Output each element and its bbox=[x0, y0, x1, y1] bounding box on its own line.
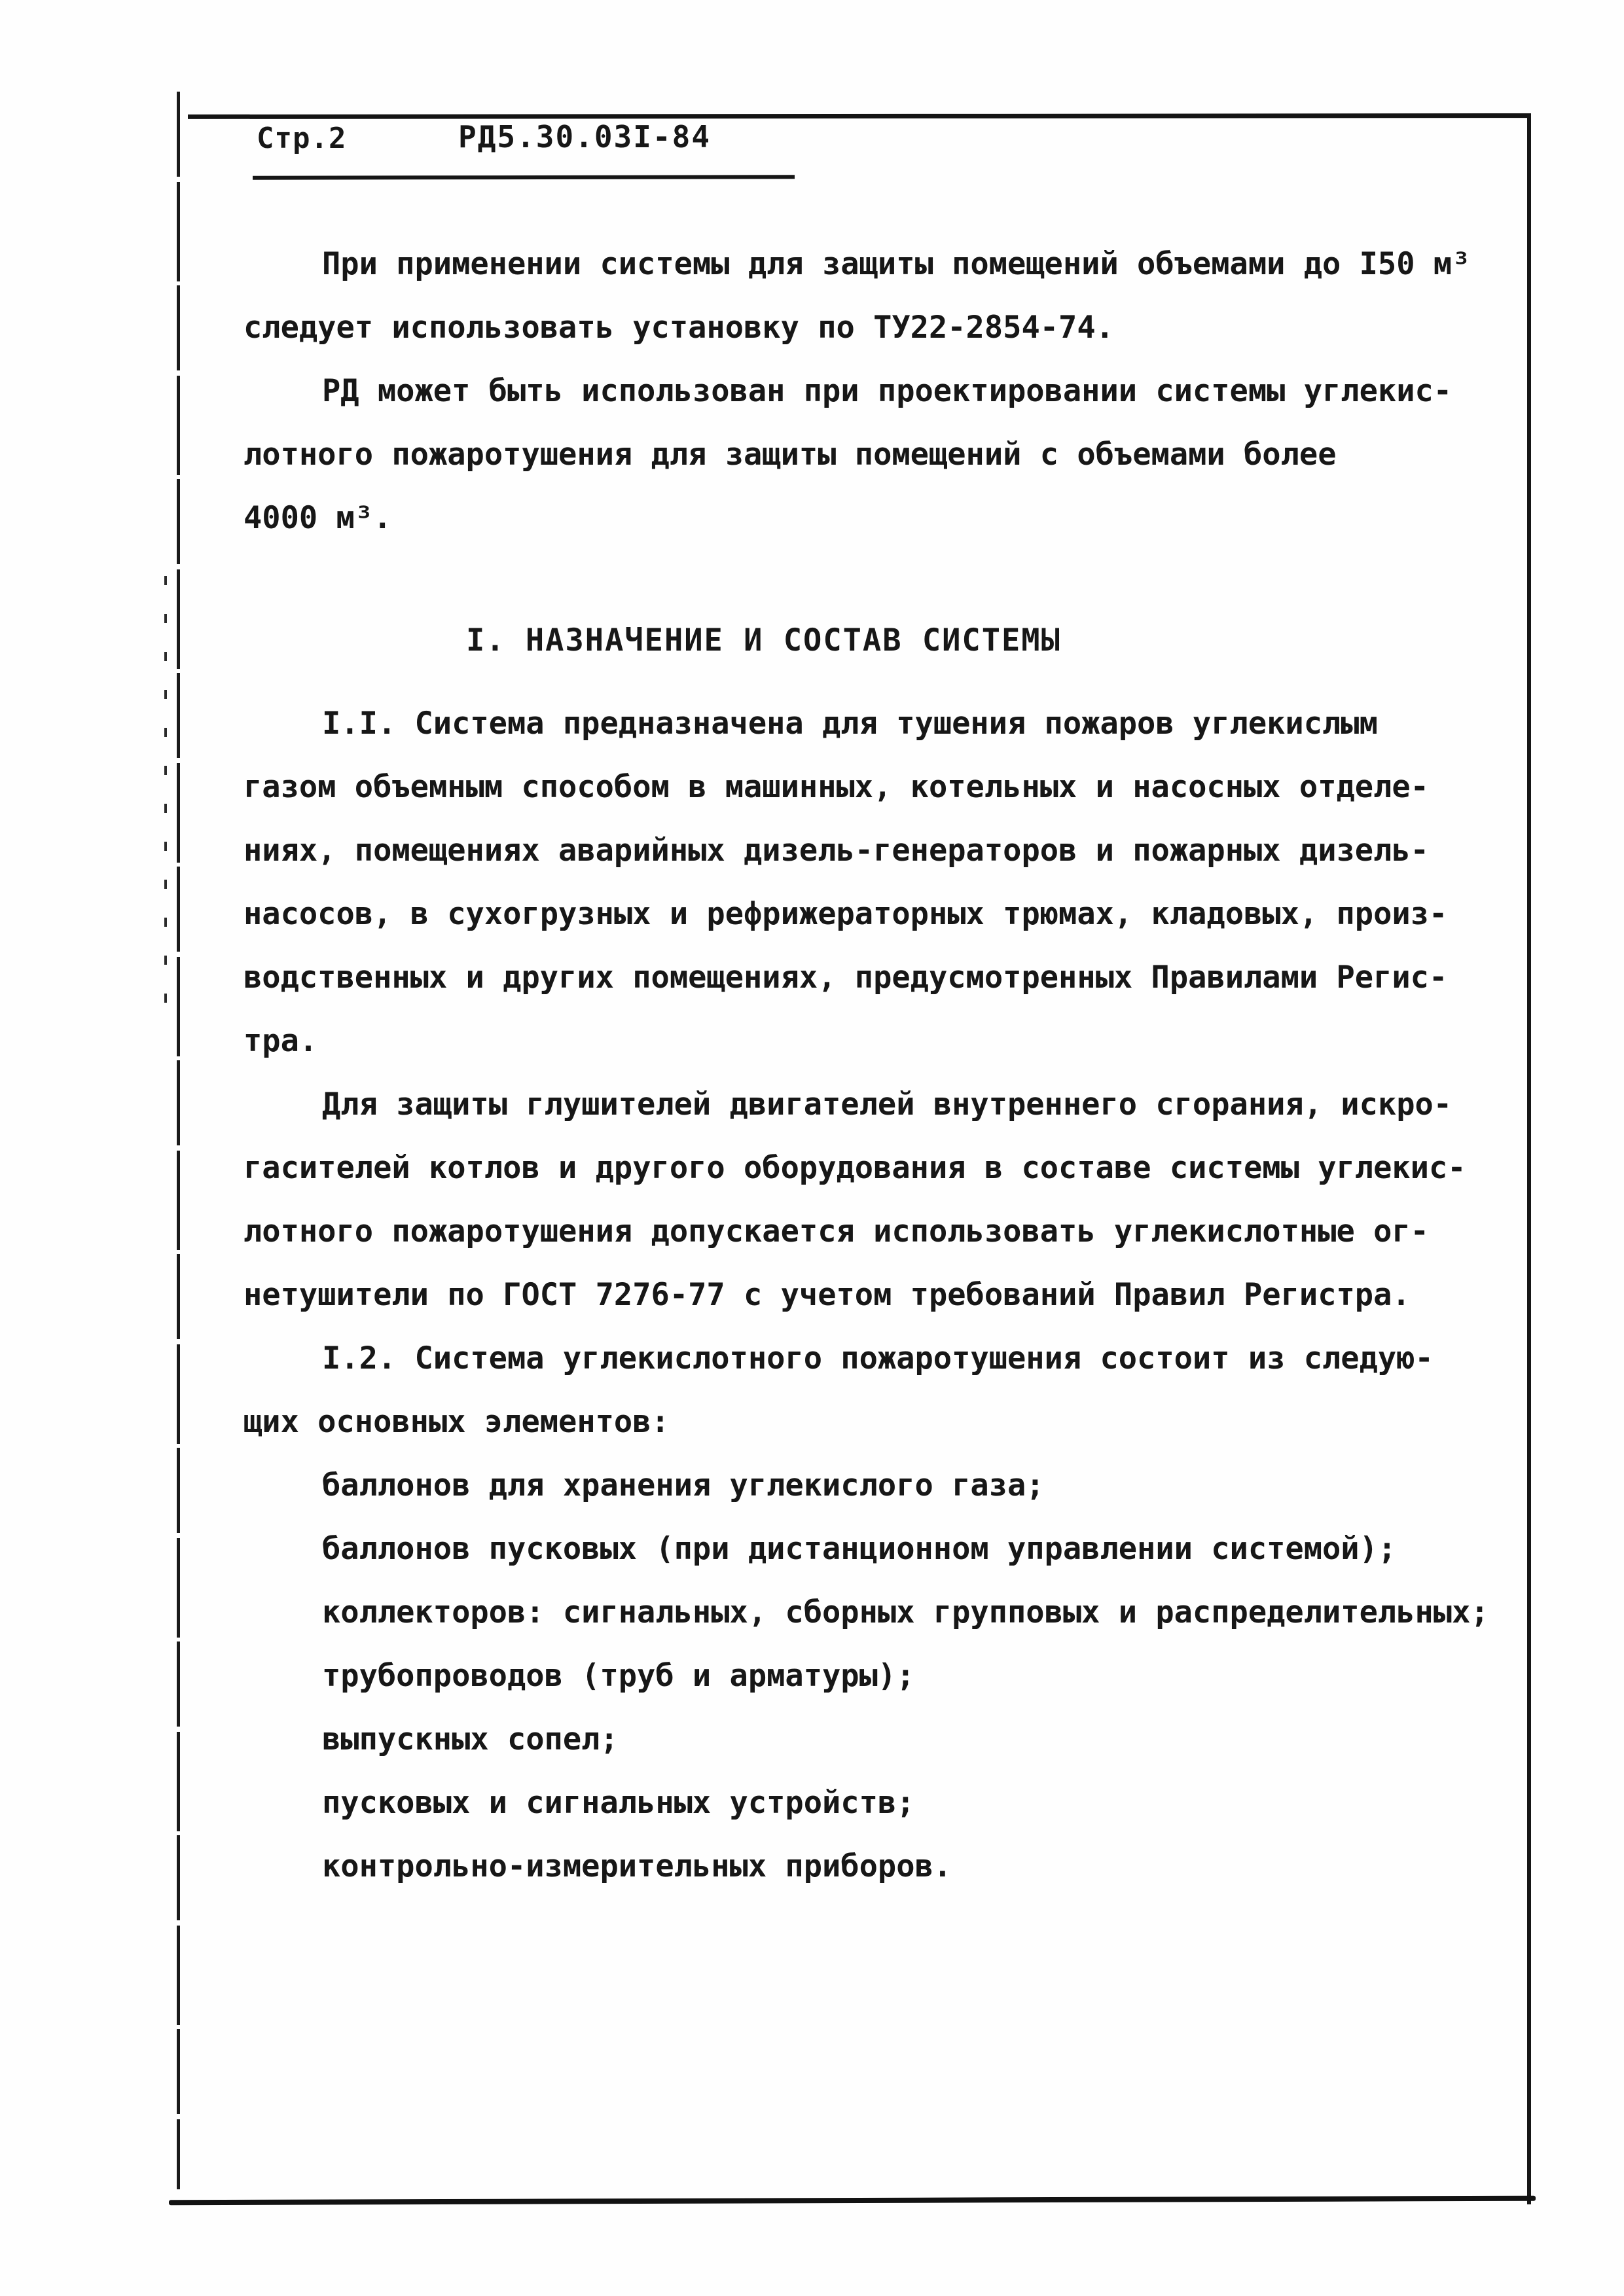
text-line: водственных и других помещениях, предусм… bbox=[244, 946, 1530, 1009]
list-item: коллекторов: сигнальных, сборных группов… bbox=[322, 1581, 1530, 1644]
text-line: лотного пожаротушения для защиты помещен… bbox=[244, 423, 1530, 486]
list-item: трубопроводов (труб и арматуры); bbox=[322, 1644, 1530, 1708]
text-line: Для защиты глушителей двигателей внутрен… bbox=[244, 1073, 1530, 1136]
text-line: I.I. Система предназначена для тушения п… bbox=[244, 692, 1530, 755]
document-page: Стр.2 РД5.30.03I-84 При применении систе… bbox=[0, 0, 1624, 2296]
text-line: тра. bbox=[244, 1009, 1530, 1073]
text-line: следует использовать установку по ТУ22-2… bbox=[244, 296, 1530, 359]
frame-border-left-dashes bbox=[164, 576, 167, 1028]
page-number-label: Стр.2 bbox=[257, 122, 346, 155]
text-line: газом объемным способом в машинных, коте… bbox=[244, 755, 1530, 819]
header-underline bbox=[253, 175, 795, 179]
document-body: При применении системы для защиты помеще… bbox=[244, 232, 1530, 1898]
list-item: баллонов для хранения углекислого газа; bbox=[322, 1454, 1530, 1517]
list-item: баллонов пусковых (при дистанционном упр… bbox=[322, 1517, 1530, 1581]
text-line: насосов, в сухогрузных и рефрижераторных… bbox=[244, 882, 1530, 946]
text-line: ниях, помещениях аварийных дизель-генера… bbox=[244, 819, 1530, 882]
frame-border-left bbox=[177, 92, 180, 2189]
frame-border-top bbox=[188, 113, 1531, 119]
text-line: лотного пожаротушения допускается исполь… bbox=[244, 1200, 1530, 1263]
list-item: пусковых и сигнальных устройств; bbox=[322, 1771, 1530, 1835]
document-number-label: РД5.30.03I-84 bbox=[458, 119, 711, 154]
text-line: нетушители по ГОСТ 7276-77 с учетом треб… bbox=[244, 1263, 1530, 1327]
text-line: РД может быть использован при проектиров… bbox=[244, 359, 1530, 423]
text-line: гасителей котлов и другого оборудования … bbox=[244, 1136, 1530, 1200]
list-item: выпускных сопел; bbox=[322, 1708, 1530, 1771]
frame-border-bottom bbox=[169, 2196, 1536, 2206]
list-item: контрольно-измерительных приборов. bbox=[322, 1835, 1530, 1898]
section-heading: I. НАЗНАЧЕНИЕ И СОСТАВ СИСТЕМЫ bbox=[466, 609, 1530, 672]
text-line: 4000 м³. bbox=[244, 486, 1530, 550]
text-line: При применении системы для защиты помеще… bbox=[244, 232, 1530, 296]
text-line: щих основных элементов: bbox=[244, 1390, 1530, 1454]
text-line: I.2. Система углекислотного пожаротушени… bbox=[244, 1327, 1530, 1390]
